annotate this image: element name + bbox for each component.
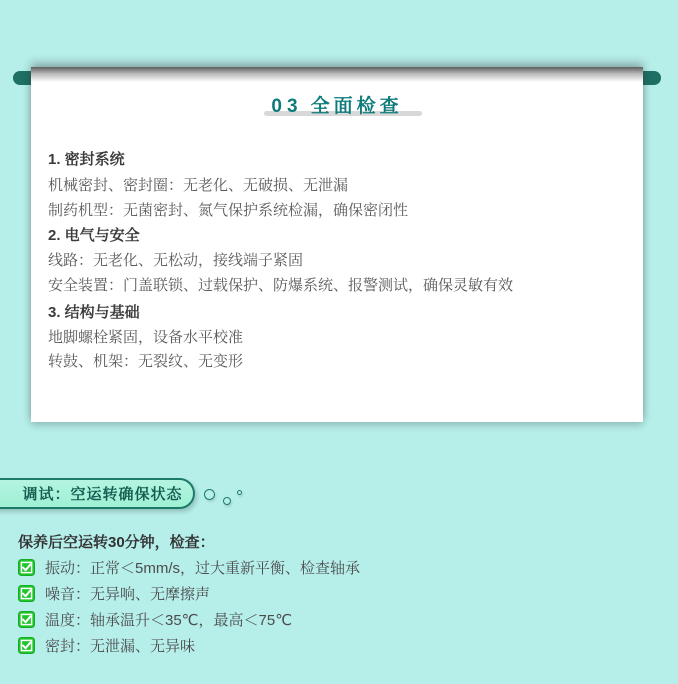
- card-line: 安全装置：门盖联锁、过载保护、防爆系统、报警测试，确保灵敏有效: [48, 274, 513, 295]
- checklist-item-label: 温度：轴承温升＜35℃，最高＜75℃: [45, 609, 292, 630]
- inspection-card: 03全面检查 1. 密封系统 机械密封、密封圈：无老化、无破损、无泄漏 制药机型…: [31, 67, 643, 422]
- section-title-text: 03全面检查: [31, 91, 643, 118]
- checklist-item-label: 密封：无泄漏、无异味: [45, 635, 195, 656]
- card-heading-3: 3. 结构与基础: [48, 301, 140, 322]
- checklist-row: 密封：无泄漏、无异味: [18, 635, 195, 655]
- checklist-header: 保养后空运转30分钟，检查：: [18, 531, 215, 552]
- card-top-shadow: [31, 67, 643, 82]
- checklist-row: 温度：轴承温升＜35℃，最高＜75℃: [18, 609, 292, 629]
- decorative-circle-large: [204, 489, 215, 500]
- card-line: 转鼓、机架：无裂纹、无变形: [48, 350, 243, 371]
- section-title: 03全面检查: [31, 91, 643, 118]
- debug-status-badge: 调试：空运转确保状态: [0, 478, 195, 509]
- checklist-row: 噪音：无异响、无摩擦声: [18, 583, 210, 603]
- checklist-row: 振动：正常＜5mm/s，过大重新平衡、检查轴承: [18, 557, 360, 577]
- card-heading-2: 2. 电气与安全: [48, 224, 140, 245]
- card-line: 机械密封、密封圈：无老化、无破损、无泄漏: [48, 174, 348, 195]
- check-icon: [18, 637, 35, 654]
- card-heading-1: 1. 密封系统: [48, 148, 125, 169]
- check-icon: [18, 585, 35, 602]
- section-name: 全面检查: [311, 96, 403, 117]
- card-line: 制药机型：无菌密封、氮气保护系统检漏，确保密闭性: [48, 199, 408, 220]
- checklist-item-label: 振动：正常＜5mm/s，过大重新平衡、检查轴承: [45, 557, 360, 578]
- decorative-circle-medium: [223, 497, 231, 505]
- page-background: 03全面检查 1. 密封系统 机械密封、密封圈：无老化、无破损、无泄漏 制药机型…: [0, 0, 678, 684]
- checklist-item-label: 噪音：无异响、无摩擦声: [45, 583, 210, 604]
- section-number: 03: [271, 96, 302, 117]
- decorative-circle-small: [237, 490, 242, 495]
- badge-label: 调试：空运转确保状态: [22, 483, 182, 504]
- check-icon: [18, 611, 35, 628]
- check-icon: [18, 559, 35, 576]
- card-line: 线路：无老化、无松动，接线端子紧固: [48, 249, 303, 270]
- card-line: 地脚螺栓紧固，设备水平校准: [48, 326, 243, 347]
